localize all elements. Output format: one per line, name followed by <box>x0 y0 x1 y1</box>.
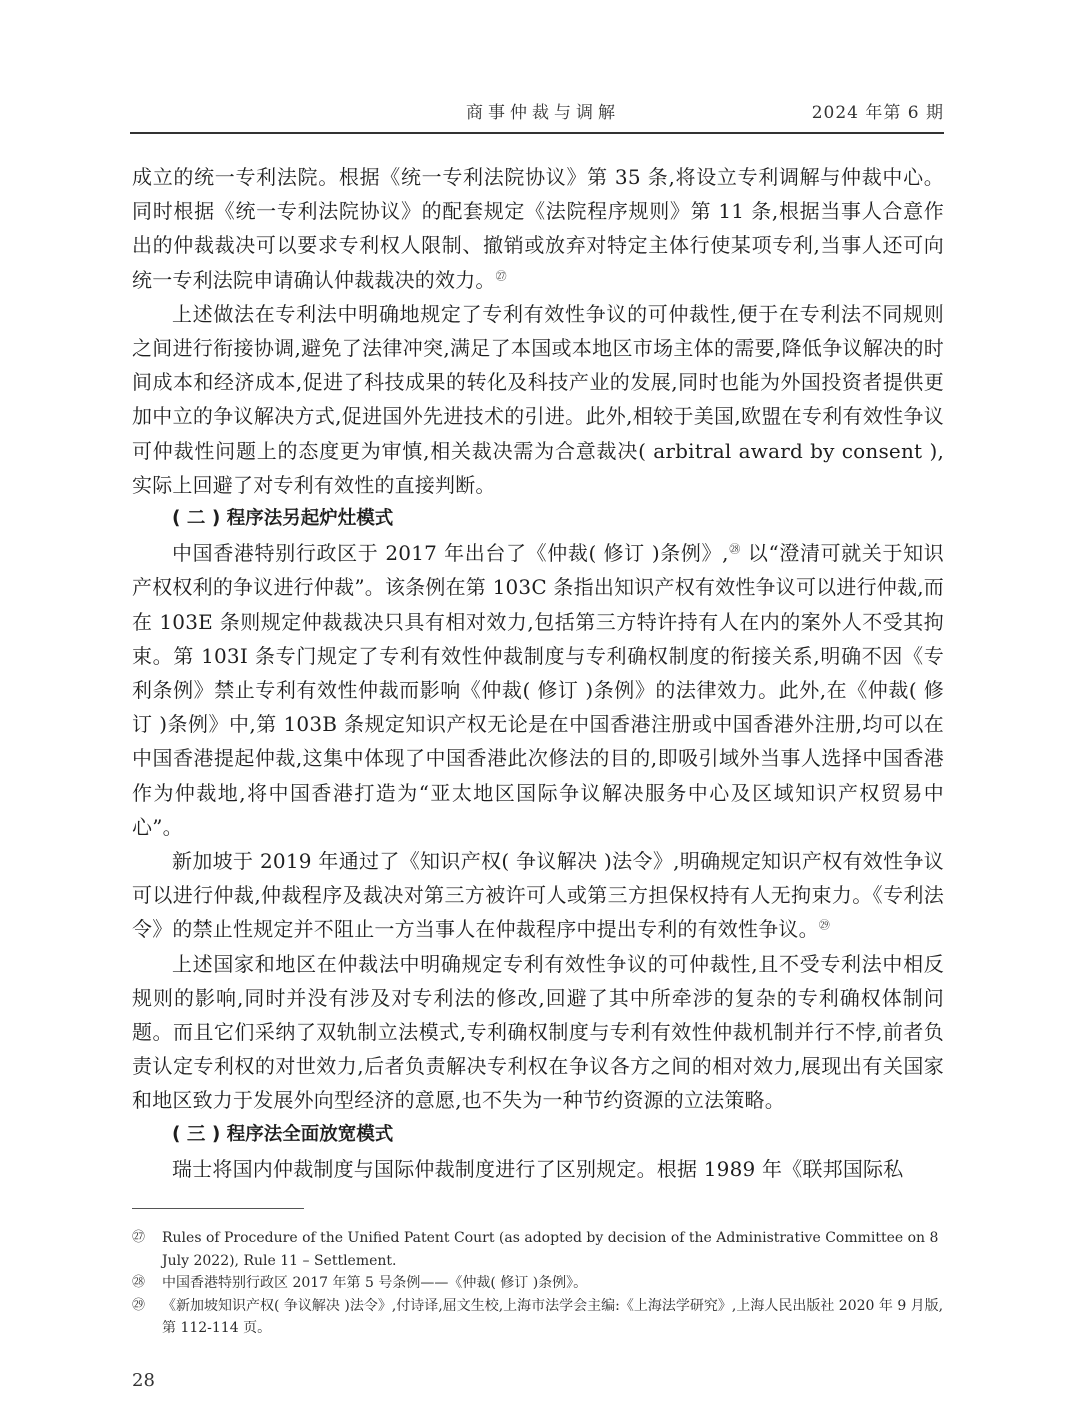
footnote-ref-28[interactable]: ㉘ <box>729 543 741 556</box>
body-text: 成立的统一专利法院。根据《统一专利法院协议》第 35 条,将设立专利调解与仲裁中… <box>132 160 944 1186</box>
footnote-ref-29[interactable]: ㉙ <box>819 919 830 932</box>
section-heading-2: ( 二 ) 程序法另起炉灶模式 <box>132 502 944 536</box>
paragraph-text: 以“澄清可就关于知识产权权利的争议进行仲裁”。该条例在第 103C 条指出知识产… <box>132 541 944 839</box>
paragraph-4: 新加坡于 2019 年通过了《知识产权( 争议解决 )法令》,明确规定知识产权有… <box>132 844 944 947</box>
running-header: 商事仲裁与调解 2024 年第 6 期 <box>132 98 944 128</box>
paragraph-6: 瑞士将国内仲裁制度与国际仲裁制度进行了区别规定。根据 1989 年《联邦国际私 <box>132 1152 944 1186</box>
paragraph-text: 中国香港特别行政区于 2017 年出台了《仲裁( 修订 )条例》, <box>172 541 729 565</box>
paragraph-2: 上述做法在专利法中明确地规定了专利有效性争议的可仲裁性,便于在专利法不同规则之间… <box>132 297 944 502</box>
journal-title: 商事仲裁与调解 <box>466 98 620 123</box>
footnotes: ㉗ Rules of Procedure of the Unified Pate… <box>132 1227 944 1340</box>
footnote-number: ㉘ <box>132 1272 162 1295</box>
paragraph-3: 中国香港特别行政区于 2017 年出台了《仲裁( 修订 )条例》,㉘ 以“澄清可… <box>132 536 944 844</box>
footnote-29: ㉙ 《新加坡知识产权( 争议解决 )法令》,付诗译,屈文生校,上海市法学会主编:… <box>132 1295 944 1340</box>
footnote-27: ㉗ Rules of Procedure of the Unified Pate… <box>132 1227 944 1272</box>
footnote-number: ㉙ <box>132 1295 162 1340</box>
paragraph-text: 成立的统一专利法院。根据《统一专利法院协议》第 35 条,将设立专利调解与仲裁中… <box>132 165 944 292</box>
footnote-number: ㉗ <box>132 1227 162 1272</box>
footnote-text: 《新加坡知识产权( 争议解决 )法令》,付诗译,屈文生校,上海市法学会主编:《上… <box>162 1295 944 1340</box>
header-divider <box>130 132 944 134</box>
paragraph-5: 上述国家和地区在仲裁法中明确规定专利有效性争议的可仲裁性,且不受专利法中相反规则… <box>132 947 944 1118</box>
issue-number: 2024 年第 6 期 <box>812 98 944 123</box>
footnote-divider <box>132 1208 304 1209</box>
footnote-28: ㉘ 中国香港特别行政区 2017 年第 5 号条例——《仲裁( 修订 )条例》。 <box>132 1272 944 1295</box>
footnote-ref-27[interactable]: ㉗ <box>496 269 507 282</box>
footnote-text: 中国香港特别行政区 2017 年第 5 号条例——《仲裁( 修订 )条例》。 <box>162 1272 944 1295</box>
paragraph-1: 成立的统一专利法院。根据《统一专利法院协议》第 35 条,将设立专利调解与仲裁中… <box>132 160 944 297</box>
page-number: 28 <box>132 1370 155 1391</box>
section-heading-3: ( 三 ) 程序法全面放宽模式 <box>132 1118 944 1152</box>
footnote-text: Rules of Procedure of the Unified Patent… <box>162 1227 944 1272</box>
